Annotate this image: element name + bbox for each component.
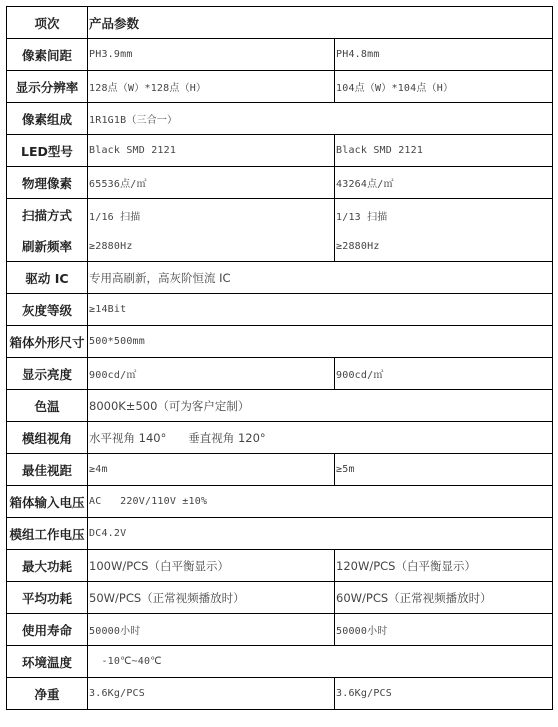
row-label-input-voltage: 箱体输入电压 bbox=[7, 486, 88, 518]
table-row: 环境温度 -10℃~40℃ bbox=[7, 646, 553, 678]
table-row: 显示亮度 900cd/㎡ 900cd/㎡ bbox=[7, 358, 553, 390]
cell-value-full: 8000K±500（可为客户定制） bbox=[88, 390, 553, 422]
row-label-led-model: LED型号 bbox=[7, 135, 88, 167]
row-label-net-weight: 净重 bbox=[7, 678, 88, 710]
cell-value-b: ≥5m bbox=[335, 454, 553, 486]
row-label-max-power: 最大功耗 bbox=[7, 550, 88, 582]
table-row: 色温 8000K±500（可为客户定制） bbox=[7, 390, 553, 422]
table-row: 箱体输入电压 AC 220V/110V ±10% bbox=[7, 486, 553, 518]
table-row: 箱体外形尺寸 500*500mm bbox=[7, 326, 553, 358]
cell-value-a: 65536点/㎡ bbox=[88, 167, 335, 199]
row-label-lifespan: 使用寿命 bbox=[7, 614, 88, 646]
cell-value-full: 500*500mm bbox=[88, 326, 553, 358]
scan-mode-a: 1/16 扫描 bbox=[89, 208, 333, 223]
header-value: 产品参数 bbox=[88, 7, 553, 39]
cell-value-b: Black SMD 2121 bbox=[335, 135, 553, 167]
cell-value-full: -10℃~40℃ bbox=[88, 646, 553, 678]
cell-value-b: 3.6Kg/PCS bbox=[335, 678, 553, 710]
cell-value-a: 100W/PCS（白平衡显示） bbox=[88, 550, 335, 582]
row-label-scan-mode: 扫描方式 bbox=[7, 206, 87, 224]
table-row: 使用寿命 50000小时 50000小时 bbox=[7, 614, 553, 646]
row-label-viewing-angle: 模组视角 bbox=[7, 422, 88, 454]
table-row: 平均功耗 50W/PCS（正常视频播放时） 60W/PCS（正常视频播放时） bbox=[7, 582, 553, 614]
table-row: 驱动 IC 专用高刷新，高灰阶恒流 IC bbox=[7, 262, 553, 294]
cell-value-full: 水平视角 140° 垂直视角 120° bbox=[88, 422, 553, 454]
cell-value-a: Black SMD 2121 bbox=[88, 135, 335, 167]
table-row: 最大功耗 100W/PCS（白平衡显示） 120W/PCS（白平衡显示） bbox=[7, 550, 553, 582]
table-row: 物理像素 65536点/㎡ 43264点/㎡ bbox=[7, 167, 553, 199]
cell-value-a: 900cd/㎡ bbox=[88, 358, 335, 390]
row-label-avg-power: 平均功耗 bbox=[7, 582, 88, 614]
cell-value-b: PH4.8mm bbox=[335, 39, 553, 71]
cell-value-b: 900cd/㎡ bbox=[335, 358, 553, 390]
row-label-driver-ic: 驱动 IC bbox=[7, 262, 88, 294]
cell-value-full: ≥14Bit bbox=[88, 294, 553, 326]
row-label-working-voltage: 模组工作电压 bbox=[7, 518, 88, 550]
cell-value-full: 专用高刷新，高灰阶恒流 IC bbox=[88, 262, 553, 294]
table-row: 像素间距 PH3.9mm PH4.8mm bbox=[7, 39, 553, 71]
cell-value-b: 43264点/㎡ bbox=[335, 167, 553, 199]
table-header-row: 项次 产品参数 bbox=[7, 7, 553, 39]
table-row: 灰度等级 ≥14Bit bbox=[7, 294, 553, 326]
row-label-scan-refresh: 扫描方式 刷新频率 bbox=[7, 199, 88, 262]
row-label-resolution: 显示分辨率 bbox=[7, 71, 88, 103]
cell-value-a: ≥4m bbox=[88, 454, 335, 486]
cell-value-b: 60W/PCS（正常视频播放时） bbox=[335, 582, 553, 614]
row-label-color-temp: 色温 bbox=[7, 390, 88, 422]
cell-value-b: 104点（W）*104点（H） bbox=[335, 71, 553, 103]
table-row: 显示分辨率 128点（W）*128点（H） 104点（W）*104点（H） bbox=[7, 71, 553, 103]
row-label-ambient-temp: 环境温度 bbox=[7, 646, 88, 678]
row-label-physical-pixels: 物理像素 bbox=[7, 167, 88, 199]
spec-table: 项次 产品参数 像素间距 PH3.9mm PH4.8mm 显示分辨率 128点（… bbox=[6, 6, 553, 710]
cell-value-full: AC 220V/110V ±10% bbox=[88, 486, 553, 518]
header-label: 项次 bbox=[7, 7, 88, 39]
cell-value-full: DC4.2V bbox=[88, 518, 553, 550]
refresh-rate-b: ≥2880Hz bbox=[336, 241, 551, 252]
row-label-brightness: 显示亮度 bbox=[7, 358, 88, 390]
cell-value-b: 50000小时 bbox=[335, 614, 553, 646]
cell-value-b: 1/13 扫描 ≥2880Hz bbox=[335, 199, 553, 262]
cell-value-a: 1/16 扫描 ≥2880Hz bbox=[88, 199, 335, 262]
cell-value-full: 1R1G1B（三合一） bbox=[88, 103, 553, 135]
row-label-refresh-rate: 刷新频率 bbox=[7, 237, 87, 255]
refresh-rate-a: ≥2880Hz bbox=[89, 241, 333, 252]
row-label-pixel-pitch: 像素间距 bbox=[7, 39, 88, 71]
table-row: 模组工作电压 DC4.2V bbox=[7, 518, 553, 550]
row-label-pixel-composition: 像素组成 bbox=[7, 103, 88, 135]
table-row: 扫描方式 刷新频率 1/16 扫描 ≥2880Hz 1/13 扫描 ≥2880H… bbox=[7, 199, 553, 262]
row-label-cabinet-size: 箱体外形尺寸 bbox=[7, 326, 88, 358]
table-row: 最佳视距 ≥4m ≥5m bbox=[7, 454, 553, 486]
cell-value-a: 128点（W）*128点（H） bbox=[88, 71, 335, 103]
table-row: 模组视角 水平视角 140° 垂直视角 120° bbox=[7, 422, 553, 454]
cell-value-a: 3.6Kg/PCS bbox=[88, 678, 335, 710]
scan-mode-b: 1/13 扫描 bbox=[336, 208, 551, 223]
cell-value-a: PH3.9mm bbox=[88, 39, 335, 71]
table-row: 净重 3.6Kg/PCS 3.6Kg/PCS bbox=[7, 678, 553, 710]
table-row: 像素组成 1R1G1B（三合一） bbox=[7, 103, 553, 135]
row-label-viewing-distance: 最佳视距 bbox=[7, 454, 88, 486]
table-row: LED型号 Black SMD 2121 Black SMD 2121 bbox=[7, 135, 553, 167]
cell-value-a: 50000小时 bbox=[88, 614, 335, 646]
row-label-gray-level: 灰度等级 bbox=[7, 294, 88, 326]
cell-value-b: 120W/PCS（白平衡显示） bbox=[335, 550, 553, 582]
cell-value-a: 50W/PCS（正常视频播放时） bbox=[88, 582, 335, 614]
